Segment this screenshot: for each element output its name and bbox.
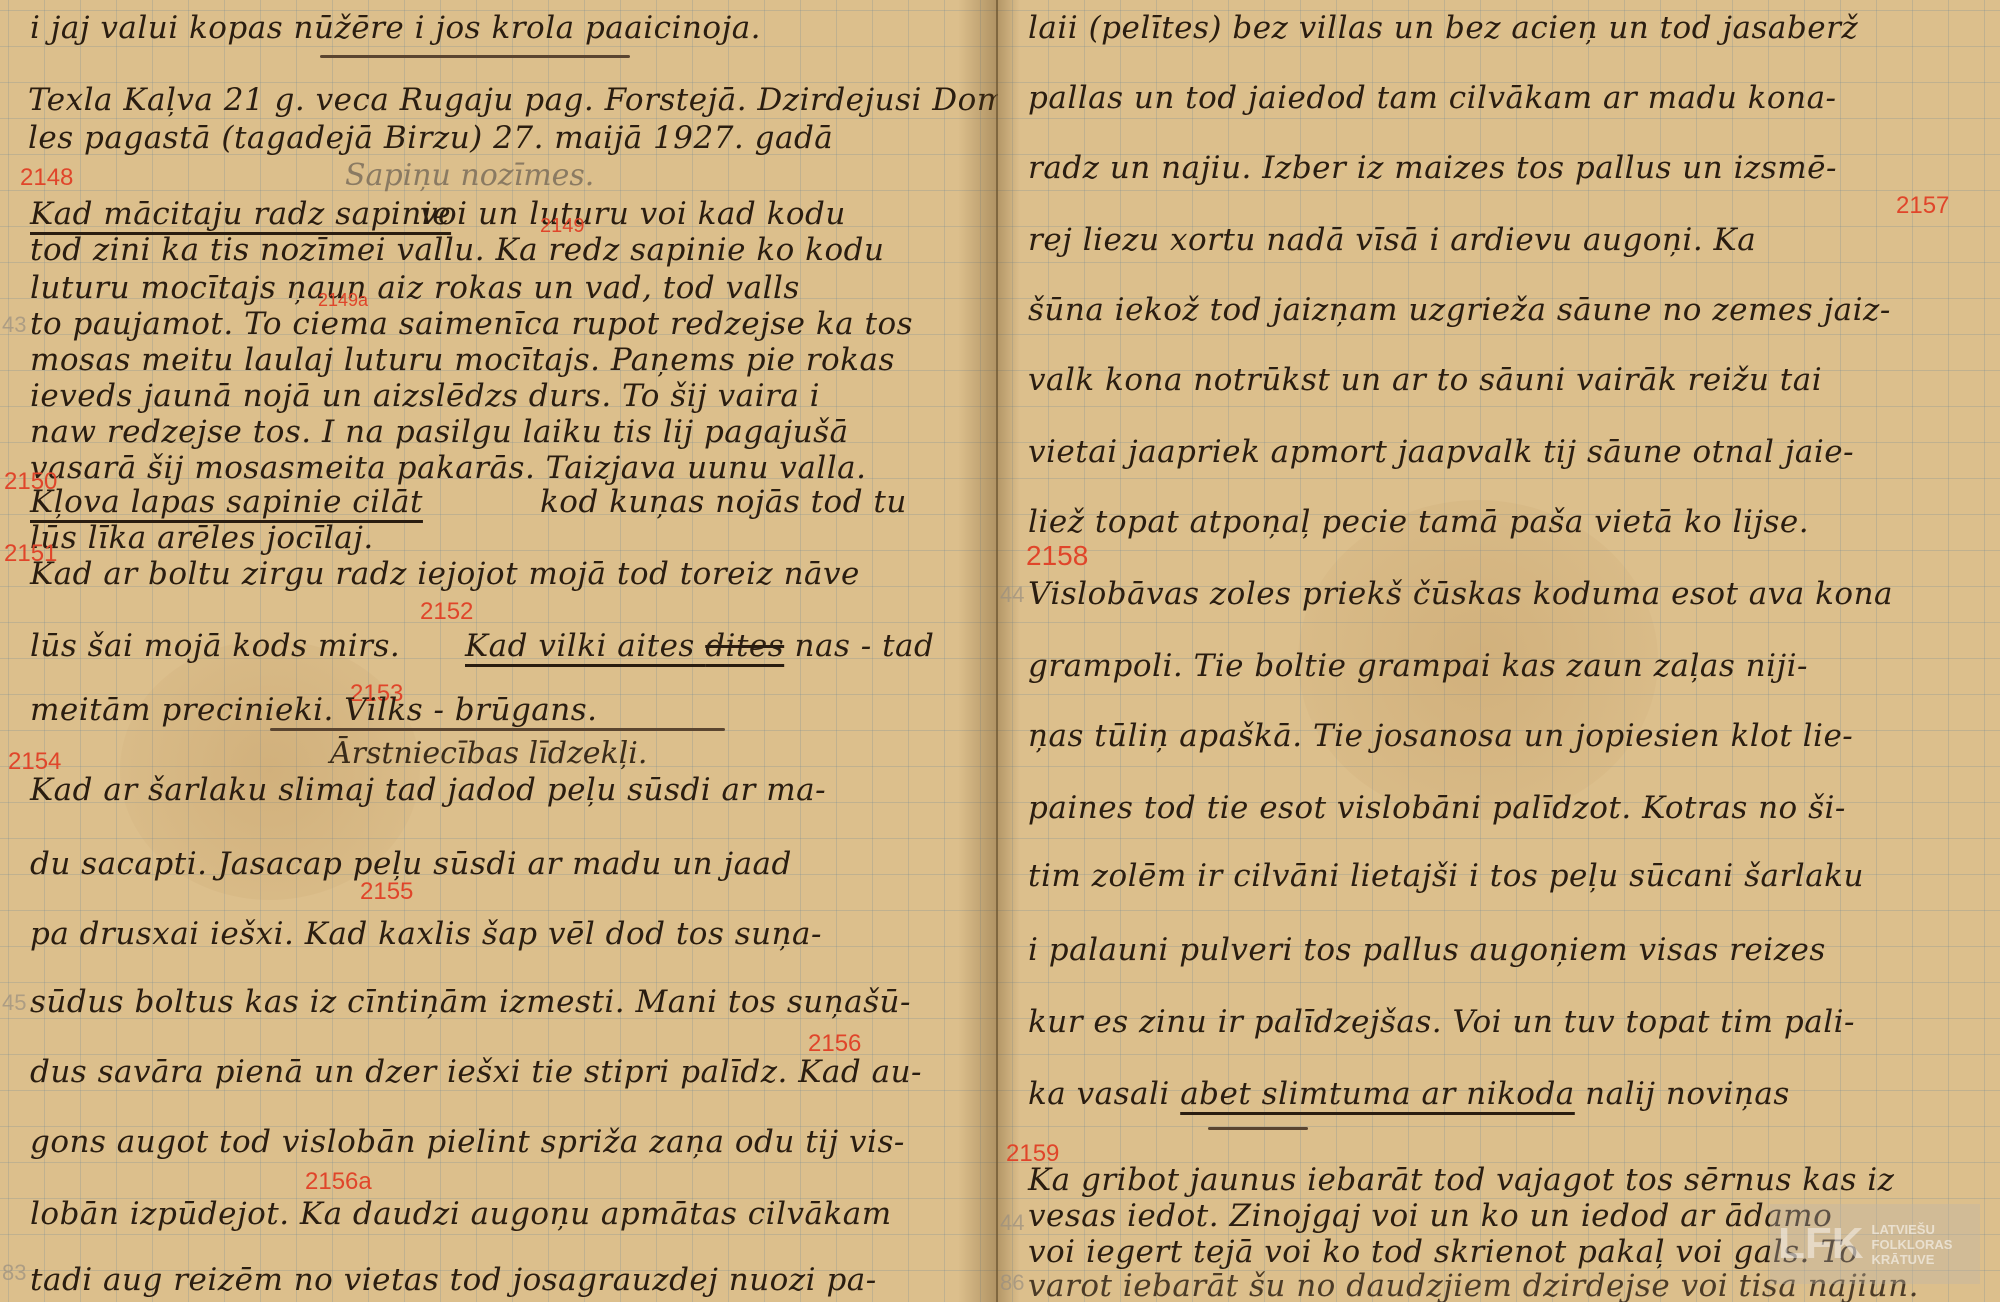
text-line: vesas iedot. Zinojgaj voi un ko un iedod… bbox=[1028, 1198, 1832, 1234]
notebook-spread: i jaj valui kopas nūžēre i jos krola paa… bbox=[0, 0, 2000, 1302]
text-line: ņas tūliņ apaškā. Tie josanosa un jopies… bbox=[1028, 718, 1853, 754]
text-line: ieveds jaunā nojā un aizslēdzs durs. To … bbox=[30, 378, 820, 414]
text-line: radz un najiu. Izber iz maizes tos pallu… bbox=[1028, 150, 1837, 186]
pencil-margin-mark: 43 bbox=[2, 312, 26, 338]
text-line: Vislobāvas zoles priekš čūskas koduma es… bbox=[1028, 576, 1893, 612]
text-line: du sacapti. Jasacap peļu sūsdi ar madu u… bbox=[30, 846, 792, 882]
archive-number: 2152 bbox=[420, 598, 473, 626]
text-line: naw redzejse tos. I na pasilgu laiku tis… bbox=[30, 414, 849, 450]
heading-remedies: Ārstniecības līdzekļi. bbox=[330, 736, 647, 771]
text-line: tim zolēm ir cilvāni lietajši i tos peļu… bbox=[1028, 858, 1864, 894]
text-line: Kad vilki aites dites nas - tad bbox=[465, 628, 934, 664]
text-line: Texla Kaļva 21 g. veca Rugaju pag. Forst… bbox=[28, 82, 998, 118]
text-line: vasarā šij mosasmeita pakarās. Taizjava … bbox=[30, 450, 866, 486]
underline-rule bbox=[270, 728, 725, 731]
archive-watermark: LFK LATVIEŠU FOLKLORAS KRĀTUVE bbox=[1770, 1204, 1980, 1284]
right-page: laii (pelītes) bez villas un bez acieņ u… bbox=[998, 0, 2000, 1302]
text-line: luturu mocītajs ņaun aiz rokas un vad, t… bbox=[30, 270, 800, 306]
text-line: kur es zinu ir palīdzejšas. Voi un tuv t… bbox=[1028, 1004, 1855, 1040]
text-line: lūs šai mojā kods mirs. bbox=[30, 628, 400, 664]
archive-number: 2157 bbox=[1896, 192, 1949, 220]
archive-number: 2148 bbox=[20, 164, 73, 192]
archive-number: 2155 bbox=[360, 878, 413, 906]
text-line: laii (pelītes) bez villas un bez acieņ u… bbox=[1028, 10, 1858, 46]
text-line: paines tod tie esot vislobāni palīdzot. … bbox=[1028, 790, 1846, 826]
text-line: Kad mācitaju radz sapinie bbox=[30, 196, 451, 232]
archive-name: LATVIEŠU FOLKLORAS KRĀTUVE bbox=[1872, 1222, 1953, 1267]
pencil-margin-mark: 44 bbox=[1000, 582, 1024, 608]
pencil-margin-mark: 44 bbox=[1000, 1210, 1024, 1236]
underlined-phrase: abet slimtuma ar nikoda bbox=[1180, 1076, 1575, 1112]
left-page: i jaj valui kopas nūžēre i jos krola paa… bbox=[0, 0, 998, 1302]
text-line: šūna iekož tod jaizņam uzgrieža sāune no… bbox=[1028, 292, 1891, 328]
text-line: to paujamot. To ciema saimenīca rupot re… bbox=[30, 306, 913, 342]
text-line: tadi aug reizēm no vietas tod josagrauzd… bbox=[30, 1262, 877, 1298]
text-line-rest: voi un luturu voi kad kodu bbox=[420, 196, 846, 232]
text-line: Ka gribot jaunus iebarāt tod vajagot tos… bbox=[1028, 1162, 1895, 1198]
section-divider bbox=[1208, 1127, 1308, 1130]
section-divider bbox=[320, 55, 630, 58]
text-line: Kad ar šarlaku slimaj tad jadod peļu sūs… bbox=[30, 772, 826, 808]
text-line: Kļova lapas sapinie cilāt bbox=[30, 484, 423, 520]
heading-dream-meanings: Sapiņu nozīmes. bbox=[345, 158, 594, 193]
text-line: pa drusxai iešxi. Kad kaxlis šap vēl dod… bbox=[30, 916, 822, 952]
text-line: lobān izpūdejot. Ka daudzi augoņu apmāta… bbox=[30, 1196, 892, 1232]
struck-word: dites bbox=[705, 628, 784, 664]
text-line: lūs līka arēles jocīlaj. bbox=[30, 520, 374, 556]
archive-logo: LFK bbox=[1778, 1219, 1864, 1269]
text-line: rej liezu xortu nadā vīsā i ardievu augo… bbox=[1028, 222, 1756, 258]
text-line: mosas meitu laulaj luturu mocītajs. Paņe… bbox=[30, 342, 895, 378]
text-line: grampoli. Tie boltie grampai kas zaun za… bbox=[1028, 648, 1808, 684]
text-line: liež topat atpoņaļ pecie tamā paša vietā… bbox=[1028, 504, 1809, 540]
underlined-phrase: Kļova lapas sapinie cilāt bbox=[30, 484, 423, 520]
archive-number: 2156a bbox=[305, 1168, 372, 1196]
text-line: pallas un tod jaiedod tam cilvākam ar ma… bbox=[1028, 80, 1837, 116]
underlined-phrase: Kad mācitaju radz sapinie bbox=[30, 196, 451, 232]
pencil-margin-mark: 45 bbox=[2, 990, 26, 1016]
text-line: dus savāra pienā un dzer iešxi tie stipr… bbox=[30, 1054, 922, 1090]
text-line-rest: kod kuņas nojās tod tu bbox=[540, 484, 907, 520]
text-line: les pagastā (tagadejā Birzu) 27. maijā 1… bbox=[28, 120, 833, 156]
underlined-phrase: Kad vilki aites dites bbox=[465, 628, 784, 664]
text-line: sūdus boltus kas iz cīntiņām izmesti. Ma… bbox=[30, 984, 911, 1020]
text-line: vietai jaapriek apmort jaapvalk tij sāun… bbox=[1028, 434, 1854, 470]
text-line: i palauni pulveri tos pallus augoņiem vi… bbox=[1028, 932, 1826, 968]
text-line: tod zini ka tis nozīmei vallu. Ka redz s… bbox=[30, 232, 884, 268]
pencil-margin-mark: 83 bbox=[2, 1260, 26, 1286]
text-line: meitām precinieki. Vilks - brūgans. bbox=[30, 692, 598, 728]
pencil-margin-mark: 86 bbox=[1000, 1270, 1024, 1296]
text-line: valk kona notrūkst un ar to sāuni vairāk… bbox=[1028, 362, 1822, 398]
text-line: Kad ar boltu zirgu radz iejojot mojā tod… bbox=[30, 556, 860, 592]
text-line: voi iegert tejā voi ko tod skrienot paka… bbox=[1028, 1234, 1858, 1270]
text-line: i jaj valui kopas nūžēre i jos krola paa… bbox=[30, 10, 761, 46]
archive-number: 2158 bbox=[1026, 540, 1088, 572]
text-line: gons augot tod vislobān pielint spriža z… bbox=[30, 1124, 905, 1160]
text-line: ka vasali abet slimtuma ar nikoda nalij … bbox=[1028, 1076, 1790, 1112]
